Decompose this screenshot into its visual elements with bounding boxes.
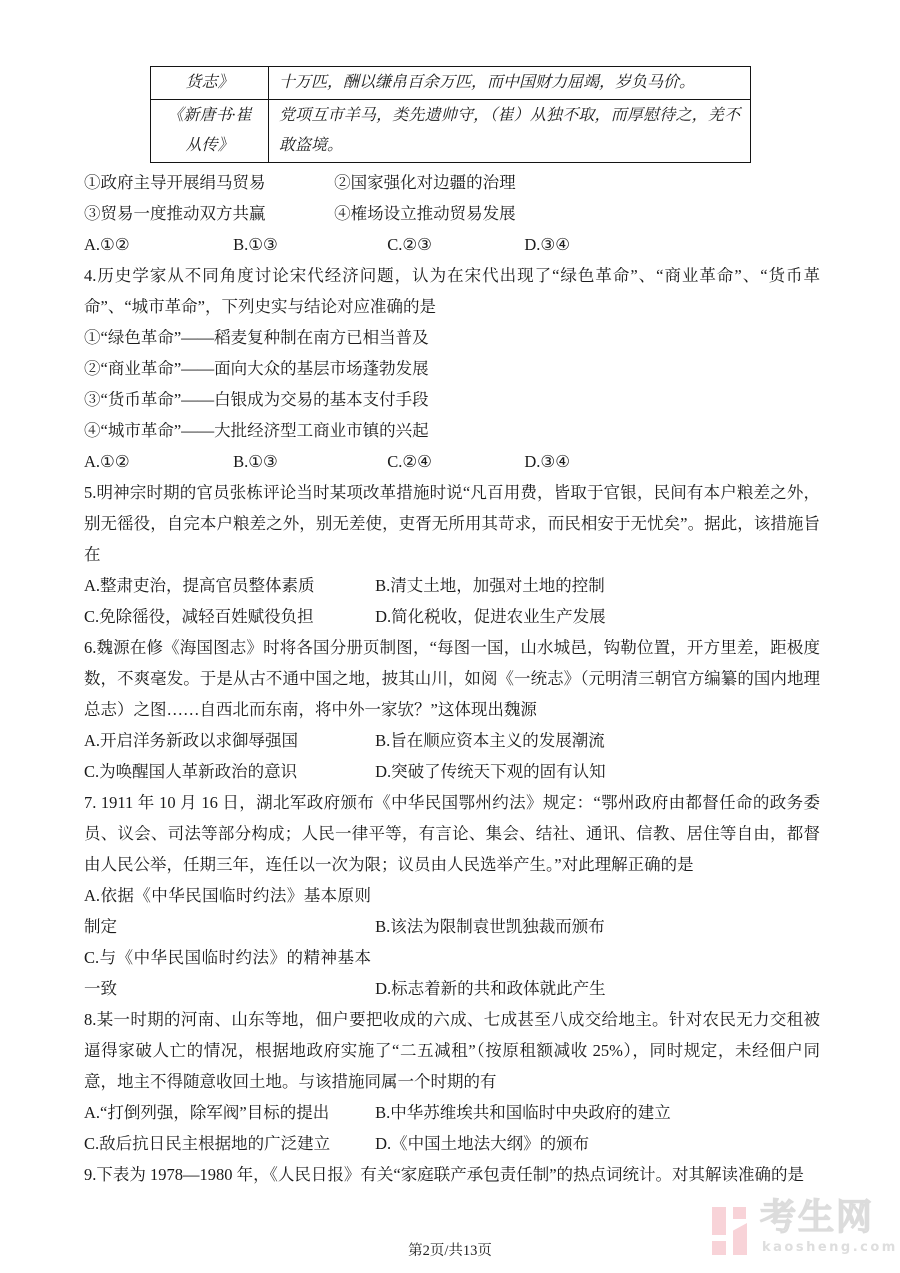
q5-stem: 5.明神宗时期的官员张栋评论当时某项改革措施时说“凡百用费，皆取于官银，民间有本…	[84, 477, 820, 570]
q4-stem: 4.历史学家从不同角度讨论宋代经济问题，认为在宋代出现了“绿色革命”、“商业革命…	[84, 260, 820, 322]
choice-d: D.简化税收，促进农业生产发展	[375, 601, 606, 632]
choice-a: A.整肃吏治，提高官员整体素质	[84, 570, 371, 601]
choice-c: C.②③	[387, 229, 520, 260]
choice-c: C.免除徭役，减轻百姓赋役负担	[84, 601, 371, 632]
q4-statement-3: ③“货币革命”——白银成为交易的基本支付手段	[84, 384, 820, 415]
table-cell-source: 货志》	[151, 67, 269, 100]
logo-block	[733, 1207, 746, 1219]
source-table: 货志》 十万匹，酬以缣帛百余万匹，而中国财力屈竭，岁负马价。 《新唐书·崔从传》…	[150, 66, 751, 163]
choice-a: A.“打倒列强，除军阀”目标的提出	[84, 1097, 371, 1128]
choice-d: D.③④	[524, 229, 570, 260]
q9-stem: 9.下表为 1978—1980 年，《人民日报》有关“家庭联产承包责任制”的热点…	[84, 1159, 820, 1190]
choice-b: B.中华苏维埃共和国临时中央政府的建立	[375, 1097, 671, 1128]
q3-choices: A.①② B.①③ C.②③ D.③④	[84, 229, 820, 260]
table-row: 《新唐书·崔从传》 党项互市羊马，类先遗帅守，（崔）从独不取，而厚慰待之，羌不敢…	[151, 100, 751, 163]
q7-choices-row-1: A.依据《中华民国临时约法》基本原则制定 B.该法为限制袁世凯独裁而颁布	[84, 880, 820, 942]
logo-block	[712, 1241, 726, 1255]
q5-choices-row-1: A.整肃吏治，提高官员整体素质 B.清丈土地，加强对土地的控制	[84, 570, 820, 601]
q6-choices-row-1: A.开启洋务新政以求御辱强国 B.旨在顺应资本主义的发展潮流	[84, 725, 820, 756]
choice-d: D.《中国土地法大纲》的颁布	[375, 1128, 589, 1159]
kaosheng-logo-icon	[712, 1207, 752, 1255]
choice-c: C.②④	[387, 446, 520, 477]
choice-d: D.③④	[524, 446, 570, 477]
choice-c: C.与《中华民国临时约法》的精神基本一致	[84, 942, 371, 1004]
q5-choices-row-2: C.免除徭役，减轻百姓赋役负担 D.简化税收，促进农业生产发展	[84, 601, 820, 632]
choice-b: B.①③	[233, 446, 383, 477]
kaosheng-watermark: 考生网 kaosheng.com	[710, 1200, 892, 1258]
choice-b: B.清丈土地，加强对土地的控制	[375, 570, 605, 601]
statement-2: ②国家强化对边疆的治理	[334, 167, 516, 198]
q8-choices-row-2: C.敌后抗日民主根据地的广泛建立 D.《中国土地法大纲》的颁布	[84, 1128, 820, 1159]
q4-statement-2: ②“商业革命”——面向大众的基层市场蓬勃发展	[84, 353, 820, 384]
q4-statement-4: ④“城市革命”——大批经济型工商业市镇的兴起	[84, 415, 820, 446]
q3-statements-row-1: ①政府主导开展绢马贸易 ②国家强化对边疆的治理	[84, 167, 820, 198]
q7-stem: 7. 1911 年 10 月 16 日，湖北军政府颁布《中华民国鄂州约法》规定：…	[84, 787, 820, 880]
choice-a: A.开启洋务新政以求御辱强国	[84, 725, 371, 756]
q6-choices-row-2: C.为唤醒国人革新政治的意识 D.突破了传统天下观的固有认知	[84, 756, 820, 787]
table-row: 货志》 十万匹，酬以缣帛百余万匹，而中国财力屈竭，岁负马价。	[151, 67, 751, 100]
statement-1: ①政府主导开展绢马贸易	[84, 167, 330, 198]
q8-stem: 8.某一时期的河南、山东等地，佃户要把收成的六成、七成甚至八成交给地主。针对农民…	[84, 1004, 820, 1097]
table-cell-content: 党项互市羊马，类先遗帅守，（崔）从独不取，而厚慰待之，羌不敢盗境。	[269, 100, 751, 163]
q4-choices: A.①② B.①③ C.②④ D.③④	[84, 446, 820, 477]
choice-a: A.①②	[84, 229, 229, 260]
watermark-site-url: kaosheng.com	[762, 1240, 898, 1255]
choice-b: B.①③	[233, 229, 383, 260]
choice-c: C.为唤醒国人革新政治的意识	[84, 756, 371, 787]
q7-choices-row-2: C.与《中华民国临时约法》的精神基本一致 D.标志着新的共和政体就此产生	[84, 942, 820, 1004]
choice-a: A.依据《中华民国临时约法》基本原则制定	[84, 880, 371, 942]
statement-4: ④榷场设立推动贸易发展	[334, 198, 516, 229]
exam-content: 货志》 十万匹，酬以缣帛百余万匹，而中国财力屈竭，岁负马价。 《新唐书·崔从传》…	[84, 64, 820, 1190]
choice-d: D.标志着新的共和政体就此产生	[375, 973, 606, 1004]
choice-b: B.该法为限制袁世凯独裁而颁布	[375, 911, 605, 942]
q6-stem: 6.魏源在修《海国图志》时将各国分册页制图，“每图一国，山水城邑，钩勒位置，开方…	[84, 632, 820, 725]
exam-page: 货志》 十万匹，酬以缣帛百余万匹，而中国财力屈竭，岁负马价。 《新唐书·崔从传》…	[0, 0, 900, 1273]
choice-c: C.敌后抗日民主根据地的广泛建立	[84, 1128, 371, 1159]
choice-b: B.旨在顺应资本主义的发展潮流	[375, 725, 605, 756]
logo-block	[733, 1223, 747, 1255]
table-cell-source: 《新唐书·崔从传》	[151, 100, 269, 163]
q8-choices-row-1: A.“打倒列强，除军阀”目标的提出 B.中华苏维埃共和国临时中央政府的建立	[84, 1097, 820, 1128]
statement-3: ③贸易一度推动双方共赢	[84, 198, 330, 229]
q4-statement-1: ①“绿色革命”——稻麦复种制在南方已相当普及	[84, 322, 820, 353]
watermark-site-name: 考生网	[760, 1198, 874, 1238]
choice-d: D.突破了传统天下观的固有认知	[375, 756, 606, 787]
table-cell-content: 十万匹，酬以缣帛百余万匹，而中国财力屈竭，岁负马价。	[269, 67, 751, 100]
q3-statements-row-2: ③贸易一度推动双方共赢 ④榷场设立推动贸易发展	[84, 198, 820, 229]
choice-a: A.①②	[84, 446, 229, 477]
logo-block	[712, 1207, 726, 1235]
